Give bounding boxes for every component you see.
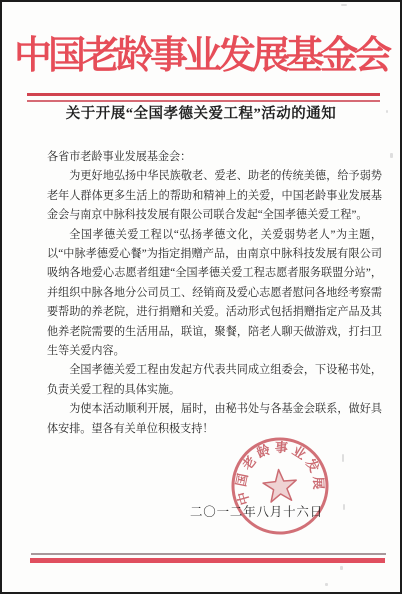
document-title: 关于开展“全国孝德关爱工程”活动的通知 <box>2 105 400 124</box>
scan-artifact <box>386 110 388 113</box>
footer-rule-thin <box>31 553 386 555</box>
footer-rule-thick <box>30 558 385 563</box>
body-paragraph: 全国孝德关爱工程以“弘扬孝德文化，关爱弱势老人”为主题，以“中脉孝德爱心餐”为指… <box>47 226 382 362</box>
header-rule-thick <box>27 93 380 96</box>
star-icon <box>262 468 298 502</box>
scanned-notice-page: 中国老龄事业发展基金会 关于开展“全国孝德关爱工程”活动的通知 各省市老龄事业发… <box>0 0 402 594</box>
scan-artifact <box>340 566 343 570</box>
document-body: 各省市老龄事业发展基金会： 为更好地弘扬中华民族敬老、爱老、助老的传统美德，给予… <box>47 148 382 439</box>
scan-artifact <box>343 504 345 510</box>
official-seal: 中国老龄事业发展基金会 <box>228 434 332 538</box>
scan-artifact <box>342 454 344 462</box>
scan-artifact <box>341 4 347 6</box>
salutation: 各省市老龄事业发展基金会： <box>47 148 382 167</box>
scan-artifact <box>390 153 393 158</box>
body-paragraph: 全国孝德关爱工程由发起方代表共同成立组委会，下设秘书处，负责关爱工程的具体实施。 <box>47 361 382 400</box>
organization-title: 中国老龄事业发展基金会 <box>2 33 400 81</box>
body-paragraph: 为更好地弘扬中华民族敬老、爱老、助老的传统美德，给予弱势老年人群体更多生活上的帮… <box>47 167 382 225</box>
header-rule-thin <box>27 100 380 102</box>
scan-artifact <box>325 583 328 586</box>
